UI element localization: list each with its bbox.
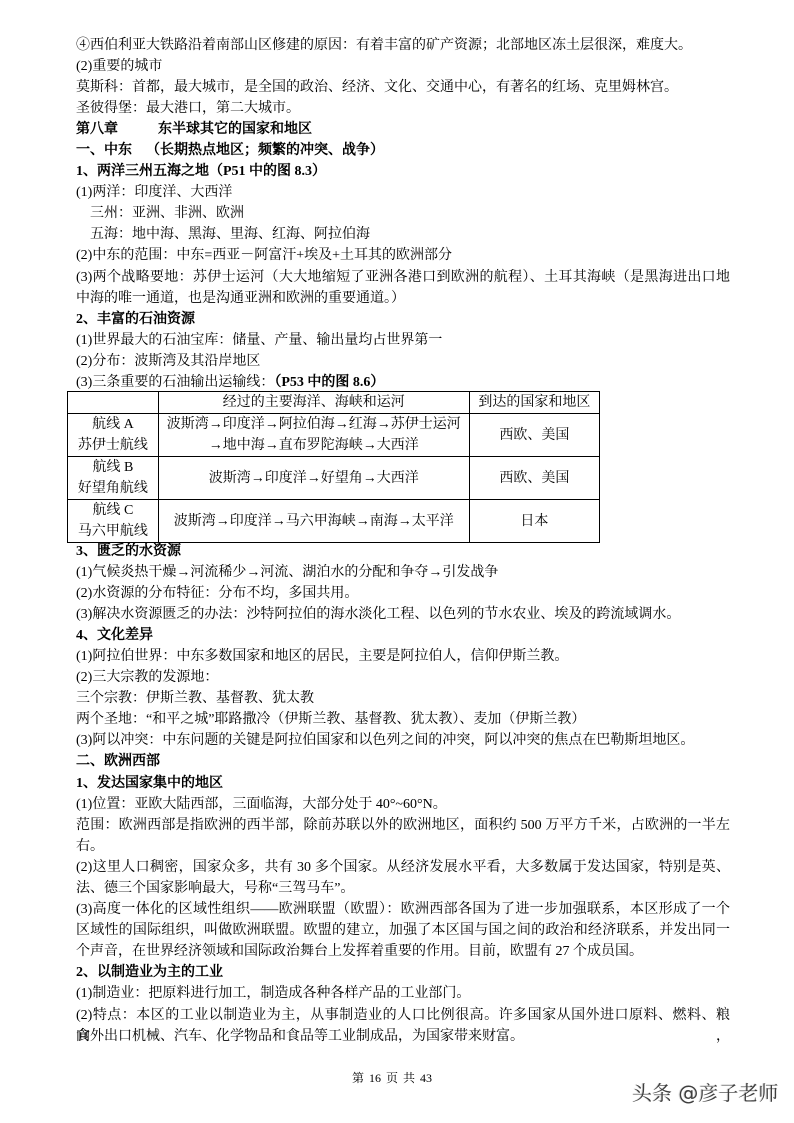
route-path-cell: 波斯湾→印度洋→阿拉伯海→红海→苏伊士运河 →地中海→直布罗陀海峡→大西洋 — [158, 414, 469, 457]
route-name: 好望角航线 — [68, 478, 158, 499]
text-line: (1)位置：亚欧大陆西部，三面临海，大部分处于 40°~60°N。 — [76, 794, 730, 815]
topic-heading: 1、发达国家集中的地区 — [76, 773, 730, 794]
route-path-cell: 波斯湾→印度洋→马六甲海峡→南海→太平洋 — [158, 500, 469, 543]
topic-heading: 2、丰富的石油资源 — [76, 309, 730, 330]
text-line: (1)气候炎热干燥→河流稀少→河流、湖泊水的分配和争夺→引发战争 — [76, 562, 730, 583]
route-id: 航线 B — [68, 457, 158, 478]
route-label-cell: 航线 A 苏伊士航线 — [68, 414, 159, 457]
text-line: (2)这里人口稠密，国家众多，共有 30 多个国家。从经济发展水平看，大多数属于… — [76, 857, 730, 878]
route-id: 航线 A — [68, 414, 158, 435]
topic-heading: 1、两洋三州五海之地（P51 中的图 8.3） — [76, 161, 730, 182]
text-line: (1)两洋：印度洋、大西洋 — [76, 182, 730, 203]
route-destination-cell: 西欧、美国 — [469, 414, 599, 457]
table-header-cell: 到达的国家和地区 — [469, 392, 599, 414]
text-line: (1)阿拉伯世界：中东多数国家和地区的居民，主要是阿拉伯人，信仰伊斯兰教。 — [76, 646, 730, 667]
watermark: 头条 @彦子老师 — [632, 1081, 778, 1105]
text-line: (2)水资源的分布特征：分布不均，多国共用。 — [76, 583, 730, 604]
route-path-cell: 波斯湾→印度洋→好望角→大西洋 — [158, 457, 469, 500]
text-line: 圣彼得堡：最大港口，第二大城市。 — [76, 98, 730, 119]
section-note: （长期热点地区；频繁的冲突、战争） — [146, 143, 384, 158]
table-row: 航线 B 好望角航线 波斯湾→印度洋→好望角→大西洋 西欧、美国 — [68, 457, 600, 500]
chapter-title: 东半球其它的国家和地区 — [158, 122, 312, 137]
table-row: 航线 C 马六甲航线 波斯湾→印度洋→马六甲海峡→南海→太平洋 日本 — [68, 500, 600, 543]
topic-heading: 3、匮乏的水资源 — [76, 541, 730, 562]
document-block-top: ④西伯利亚大铁路沿着南部山区修建的原因：有着丰富的矿产资源；北部地区冻土层很深，… — [76, 35, 730, 394]
route-name: 马六甲航线 — [68, 521, 158, 542]
text-line: (2)三大宗教的发源地： — [76, 667, 730, 688]
figure-reference: （P53 中的图 8.6） — [274, 375, 384, 390]
route-path-line: →地中海→直布罗陀海峡→大西洋 — [159, 435, 469, 456]
route-label-cell: 航线 B 好望角航线 — [68, 457, 159, 500]
table-header-row: 经过的主要海洋、海峡和运河 到达的国家和地区 — [68, 392, 600, 414]
section-heading: 一、中东（长期热点地区；频繁的冲突、战争） — [76, 140, 730, 161]
text-line: (3)两个战略要地：苏伊士运河（大大地缩短了亚洲各港口到欧洲的航程）、土耳其海峡… — [76, 267, 730, 288]
text-line: (2)分布：波斯湾及其沿岸地区 — [76, 351, 730, 372]
text-line: 个声音，在世界经济领域和国际政治舞台上发挥着重要的作用。目前，欧盟有 27 个成… — [76, 941, 730, 962]
subsection-heading: (2)重要的城市 — [76, 56, 730, 77]
text-line: 五海：地中海、黑海、里海、红海、阿拉伯海 — [76, 224, 730, 245]
route-id: 航线 C — [68, 500, 158, 521]
table-header-cell: 经过的主要海洋、海峡和运河 — [158, 392, 469, 414]
text-line: (3)高度一体化的区域性组织——欧洲联盟（欧盟）：欧洲西部各国为了进一步加强联系… — [76, 899, 730, 920]
text-line: (2)特点：本区的工业以制造业为主，从事制造业的人口比例很高。许多国家从国外进口… — [76, 1005, 730, 1026]
oil-routes-table: 经过的主要海洋、海峡和运河 到达的国家和地区 航线 A 苏伊士航线 波斯湾→印度… — [67, 391, 600, 543]
text-line: 三个宗教：伊斯兰教、基督教、犹太教 — [76, 688, 730, 709]
route-path-line: 波斯湾→印度洋→阿拉伯海→红海→苏伊士运河 — [159, 414, 469, 435]
chapter-heading: 第八章东半球其它的国家和地区 — [76, 119, 730, 140]
table-row: 航线 A 苏伊士航线 波斯湾→印度洋→阿拉伯海→红海→苏伊士运河 →地中海→直布… — [68, 414, 600, 457]
text-line: (3)解决水资源匮乏的办法：沙特阿拉伯的海水淡化工程、以色列的节水农业、埃及的跨… — [76, 604, 730, 625]
document-block-bottom: 3、匮乏的水资源 (1)气候炎热干燥→河流稀少→河流、湖泊水的分配和争夺→引发战… — [76, 541, 730, 1047]
text-line: 中海的唯一通道，也是沟通亚洲和欧洲的重要通道。） — [76, 288, 730, 309]
text-line: 三州：亚洲、非洲、欧洲 — [76, 203, 730, 224]
topic-heading: 2、以制造业为主的工业 — [76, 962, 730, 983]
text-line: (3)阿以冲突：中东问题的关键是阿拉伯国家和以色列之间的冲突，阿以冲突的焦点在巴… — [76, 730, 730, 751]
text-line: 范围：欧洲西部是指欧洲的西半部，除前苏联以外的欧洲地区，面积约 500 万平方千… — [76, 815, 730, 836]
text-line: 两个圣地：“和平之城”耶路撒冷（伊斯兰教、基督教、犹太教）、麦加（伊斯兰教） — [76, 709, 730, 730]
text-line: (3)三条重要的石油输出运输线：（P53 中的图 8.6） — [76, 372, 730, 393]
route-name: 苏伊士航线 — [68, 435, 158, 456]
section-heading: 二、欧洲西部 — [76, 751, 730, 772]
text-line: 法、德三个国家影响最大，号称“三驾马车”。 — [76, 878, 730, 899]
text-line: 莫斯科：首都，最大城市，是全国的政治、经济、文化、交通中心，有著名的红场、克里姆… — [76, 77, 730, 98]
table-header-cell — [68, 392, 159, 414]
route-destination-cell: 西欧、美国 — [469, 457, 599, 500]
text-line: ④西伯利亚大铁路沿着南部山区修建的原因：有着丰富的矿产资源；北部地区冻土层很深，… — [76, 35, 730, 56]
route-path-line: 波斯湾→印度洋→好望角→大西洋 — [159, 468, 469, 489]
section-title: 一、中东 — [76, 143, 132, 158]
route-label-cell: 航线 C 马六甲航线 — [68, 500, 159, 543]
chapter-number: 第八章 — [76, 122, 118, 137]
text-line: (1)世界最大的石油宝库：储量、产量、输出量均占世界第一 — [76, 330, 730, 351]
page-number: 第 16 页 共 43 — [352, 1070, 432, 1086]
text-line: 右。 — [76, 836, 730, 857]
route-destination-cell: 日本 — [469, 500, 599, 543]
topic-heading: 4、文化差异 — [76, 625, 730, 646]
oil-routes-intro: (3)三条重要的石油输出运输线： — [76, 375, 274, 390]
route-path-line: 波斯湾→印度洋→马六甲海峡→南海→太平洋 — [159, 511, 469, 532]
text-line: 区域性的国际组织，叫做欧洲联盟。欧盟的建立，加强了本区国与国之间的政治和经济联系… — [76, 920, 730, 941]
text-line: (2)中东的范围：中东=西亚－阿富汗+埃及+土耳其的欧洲部分 — [76, 245, 730, 266]
text-line: (1)制造业：把原料进行加工，制造成各种各样产品的工业部门。 — [76, 983, 730, 1004]
